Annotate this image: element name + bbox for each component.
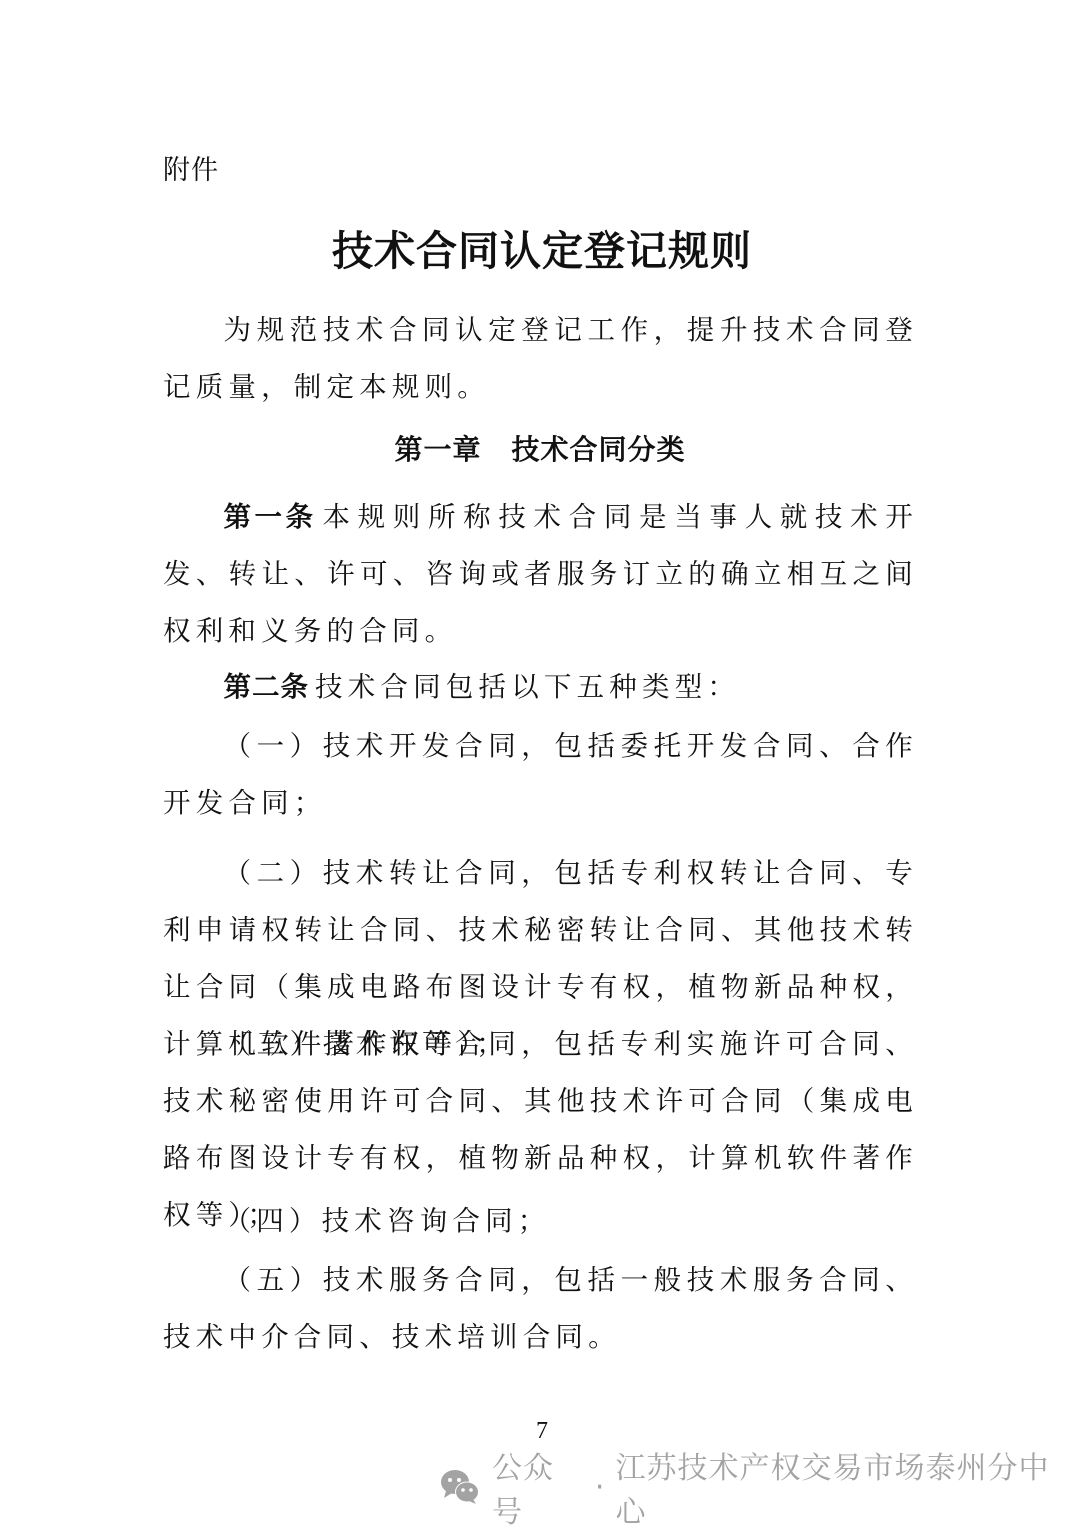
list-item-4: （四）技术咨询合同； <box>163 1193 918 1250</box>
list-item-text: （四）技术咨询合同； <box>163 1193 918 1250</box>
document-page: 附件 技术合同认定登记规则 为规范技术合同认定登记工作，提升技术合同登记质量，制… <box>0 0 1080 1527</box>
watermark-account-name: 江苏技术产权交易市场泰州分中心 <box>615 1443 1080 1527</box>
list-item-text: （五）技术服务合同，包括一般技术服务合同、技术中介合同、技术培训合同。 <box>163 1252 918 1366</box>
wechat-icon <box>440 1469 480 1505</box>
list-item-1: （一）技术开发合同，包括委托开发合同、合作开发合同； <box>163 718 918 832</box>
attachment-label: 附件 <box>163 148 219 187</box>
chapter-name: 技术合同分类 <box>512 433 686 466</box>
page-number: 7 <box>0 1418 1080 1445</box>
list-item-text: （一）技术开发合同，包括委托开发合同、合作开发合同； <box>163 718 918 832</box>
wechat-watermark: 公众号 · 江苏技术产权交易市场泰州分中心 <box>440 1462 1080 1512</box>
article-2: 第二条技术合同包括以下五种类型： <box>163 659 918 716</box>
intro-text: 为规范技术合同认定登记工作，提升技术合同登记质量，制定本规则。 <box>163 302 918 416</box>
watermark-prefix: 公众号 <box>492 1443 585 1527</box>
article-text: 技术合同包括以下五种类型： <box>315 671 740 703</box>
article-1: 第一条本规则所称技术合同是当事人就技术开发、转让、许可、咨询或者服务订立的确立相… <box>163 489 918 660</box>
intro-paragraph: 为规范技术合同认定登记工作，提升技术合同登记质量，制定本规则。 <box>163 302 918 416</box>
chapter-number: 第一章 <box>394 433 481 466</box>
document-title: 技术合同认定登记规则 <box>0 218 1080 277</box>
list-item-5: （五）技术服务合同，包括一般技术服务合同、技术中介合同、技术培训合同。 <box>163 1252 918 1366</box>
chapter-heading: 第一章技术合同分类 <box>0 428 1080 468</box>
article-label: 第二条 <box>224 671 310 703</box>
watermark-separator: · <box>595 1470 606 1505</box>
article-label: 第一条 <box>224 501 317 533</box>
